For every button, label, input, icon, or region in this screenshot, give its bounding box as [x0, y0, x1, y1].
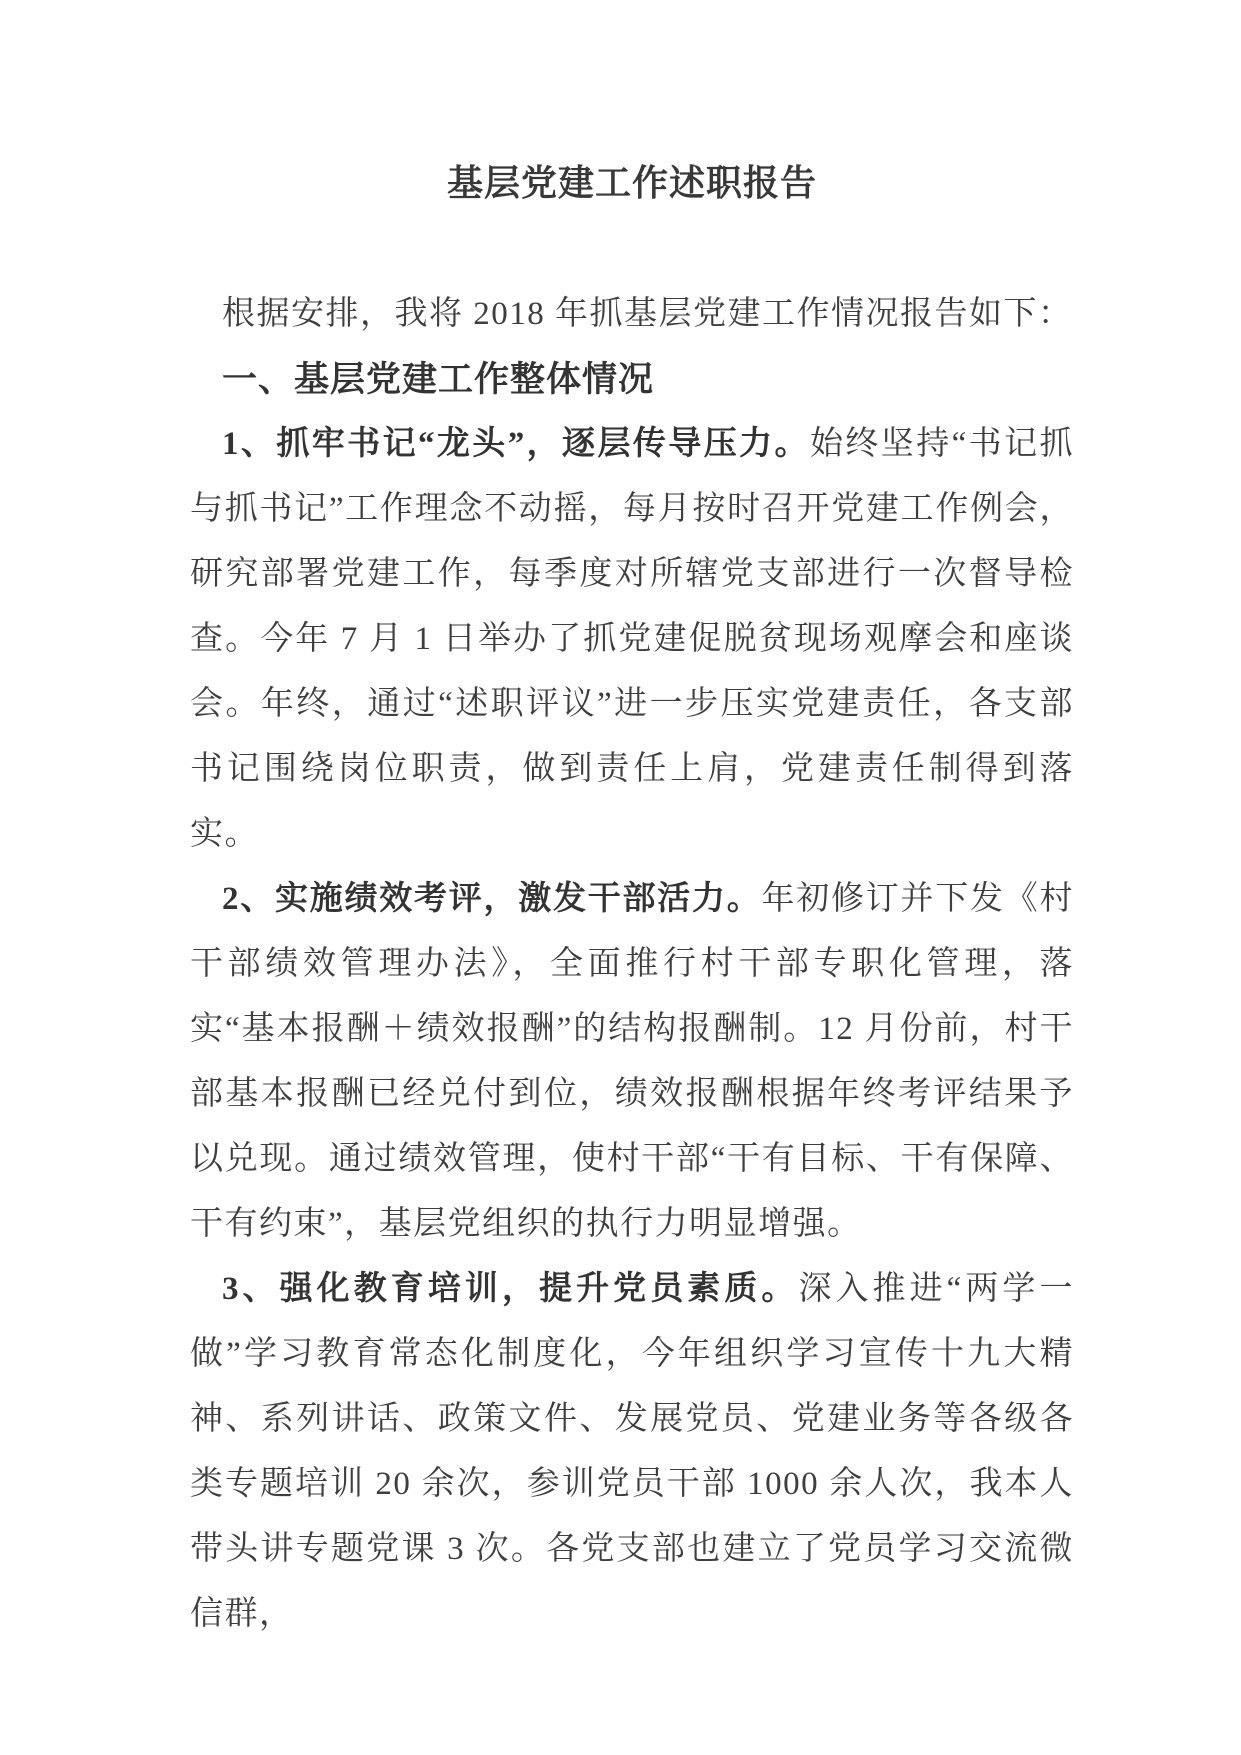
intro-paragraph: 根据安排，我将 2018 年抓基层党建工作情况报告如下： — [190, 282, 1074, 347]
section-heading: 一、基层党建工作整体情况 — [190, 347, 1074, 412]
document-page: 基层党建工作述职报告 根据安排，我将 2018 年抓基层党建工作情况报告如下： … — [0, 0, 1241, 1755]
paragraph-text-3: 深入推进“两学一做”学习教育常态化制度化，今年组织学习宣传十九大精神、系列讲话、… — [190, 1271, 1074, 1632]
paragraph-lead-1: 1、抓牢书记“龙头”，逐层传导压力。 — [222, 426, 810, 462]
paragraph-item-1: 1、抓牢书记“龙头”，逐层传导压力。始终坚持“书记抓与抓书记”工作理念不动摇，每… — [190, 412, 1074, 867]
paragraph-item-3: 3、强化教育培训，提升党员素质。深入推进“两学一做”学习教育常态化制度化，今年组… — [190, 1257, 1074, 1647]
paragraph-text-1: 始终坚持“书记抓与抓书记”工作理念不动摇，每月按时召开党建工作例会，研究部署党建… — [190, 426, 1074, 852]
paragraph-lead-3: 3、强化教育培训，提升党员素质。 — [222, 1271, 798, 1307]
paragraph-text-2: 年初修订并下发《村干部绩效管理办法》，全面推行村干部专职化管理，落实“基本报酬＋… — [190, 881, 1074, 1242]
document-title: 基层党建工作述职报告 — [190, 156, 1074, 211]
paragraph-item-2: 2、实施绩效考评，激发干部活力。年初修订并下发《村干部绩效管理办法》，全面推行村… — [190, 867, 1074, 1257]
paragraph-lead-2: 2、实施绩效考评，激发干部活力。 — [222, 881, 762, 917]
